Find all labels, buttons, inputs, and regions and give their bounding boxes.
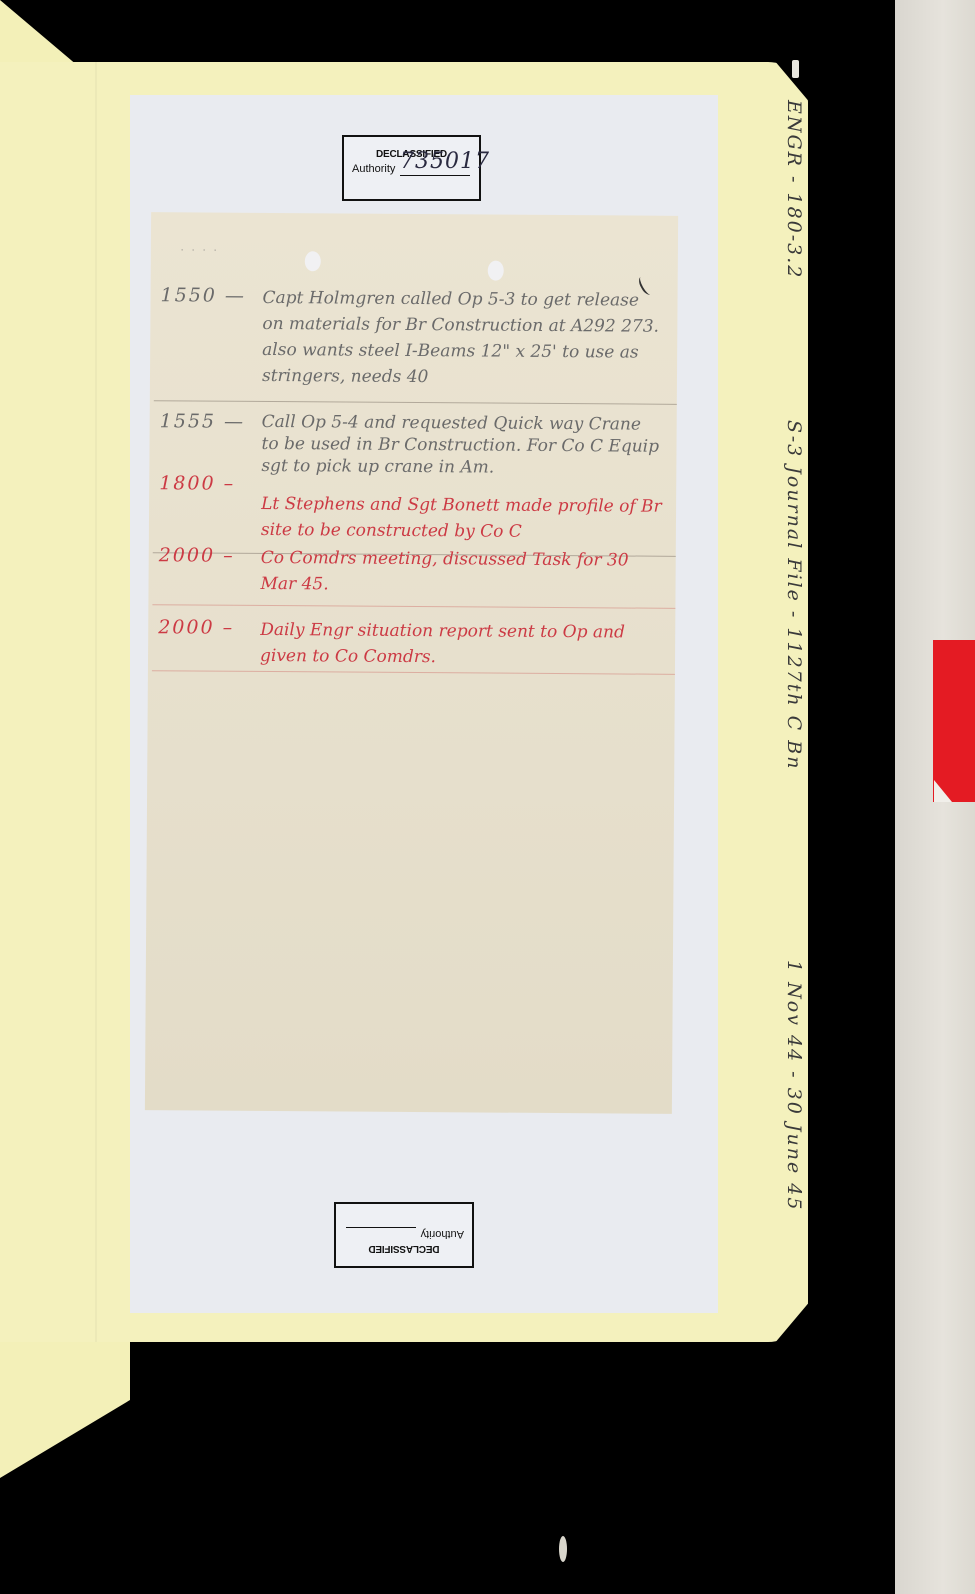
folder-note-date-range: 1 Nov 44 - 30 June 45 [771, 960, 805, 1280]
folder-crease [95, 62, 97, 1342]
staple-mark [792, 60, 799, 78]
entry-text: Co Comdrs meeting, discussed Task for 30… [260, 545, 661, 600]
stamp-authority-label: Authority [352, 163, 395, 175]
log-entry: 2000 – Daily Engr situation report sent … [158, 616, 669, 620]
folder-note-file-code: ENGR - 180-3.2 [771, 100, 805, 330]
entry-time: 1800 – [159, 472, 235, 495]
entry-time: 2000 – [159, 544, 235, 567]
folder-note-file-title: S-3 Journal File - 1127th C Bn [771, 420, 805, 880]
ruled-line [154, 400, 677, 405]
entry-text: Call Op 5-4 and requested Quick way Cran… [261, 411, 662, 480]
header-marks: . . . . [181, 242, 220, 252]
declassified-stamp-bottom: DECLASSIFIED Authority [334, 1202, 474, 1268]
punch-hole [305, 251, 321, 271]
entry-text: Capt Holmgren called Op 5-3 to get relea… [262, 285, 664, 392]
debris-mark [559, 1536, 567, 1562]
stamp-authority-value: 735017 [400, 149, 490, 174]
stamp-authority-line [400, 175, 470, 176]
ruled-line [152, 604, 675, 609]
stamp-authority-label: Authority [421, 1228, 464, 1240]
red-flag-tab [933, 640, 975, 802]
log-entry: 1550 — Capt Holmgren called Op 5-3 to ge… [161, 284, 672, 288]
entry-time: 1550 — [160, 284, 246, 307]
stamp-title: DECLASSIFIED [336, 1243, 472, 1254]
journal-log-sheet: . . . . 1550 — Capt Holmgren called Op 5… [145, 212, 678, 1114]
stamp-authority-line [346, 1227, 416, 1228]
punch-hole [488, 261, 504, 281]
declassified-stamp-top: DECLASSIFIED Authority 735017 [342, 135, 481, 201]
log-entry: 1555 — Call Op 5-4 and requested Quick w… [160, 410, 671, 414]
entry-time: 1555 — [160, 410, 246, 433]
entry-text: Lt Stephens and Sgt Bonett made profile … [261, 491, 662, 546]
red-tab-folded-corner [934, 780, 952, 802]
entry-text: Daily Engr situation report sent to Op a… [260, 617, 661, 672]
entry-time: 2000 – [158, 616, 234, 639]
